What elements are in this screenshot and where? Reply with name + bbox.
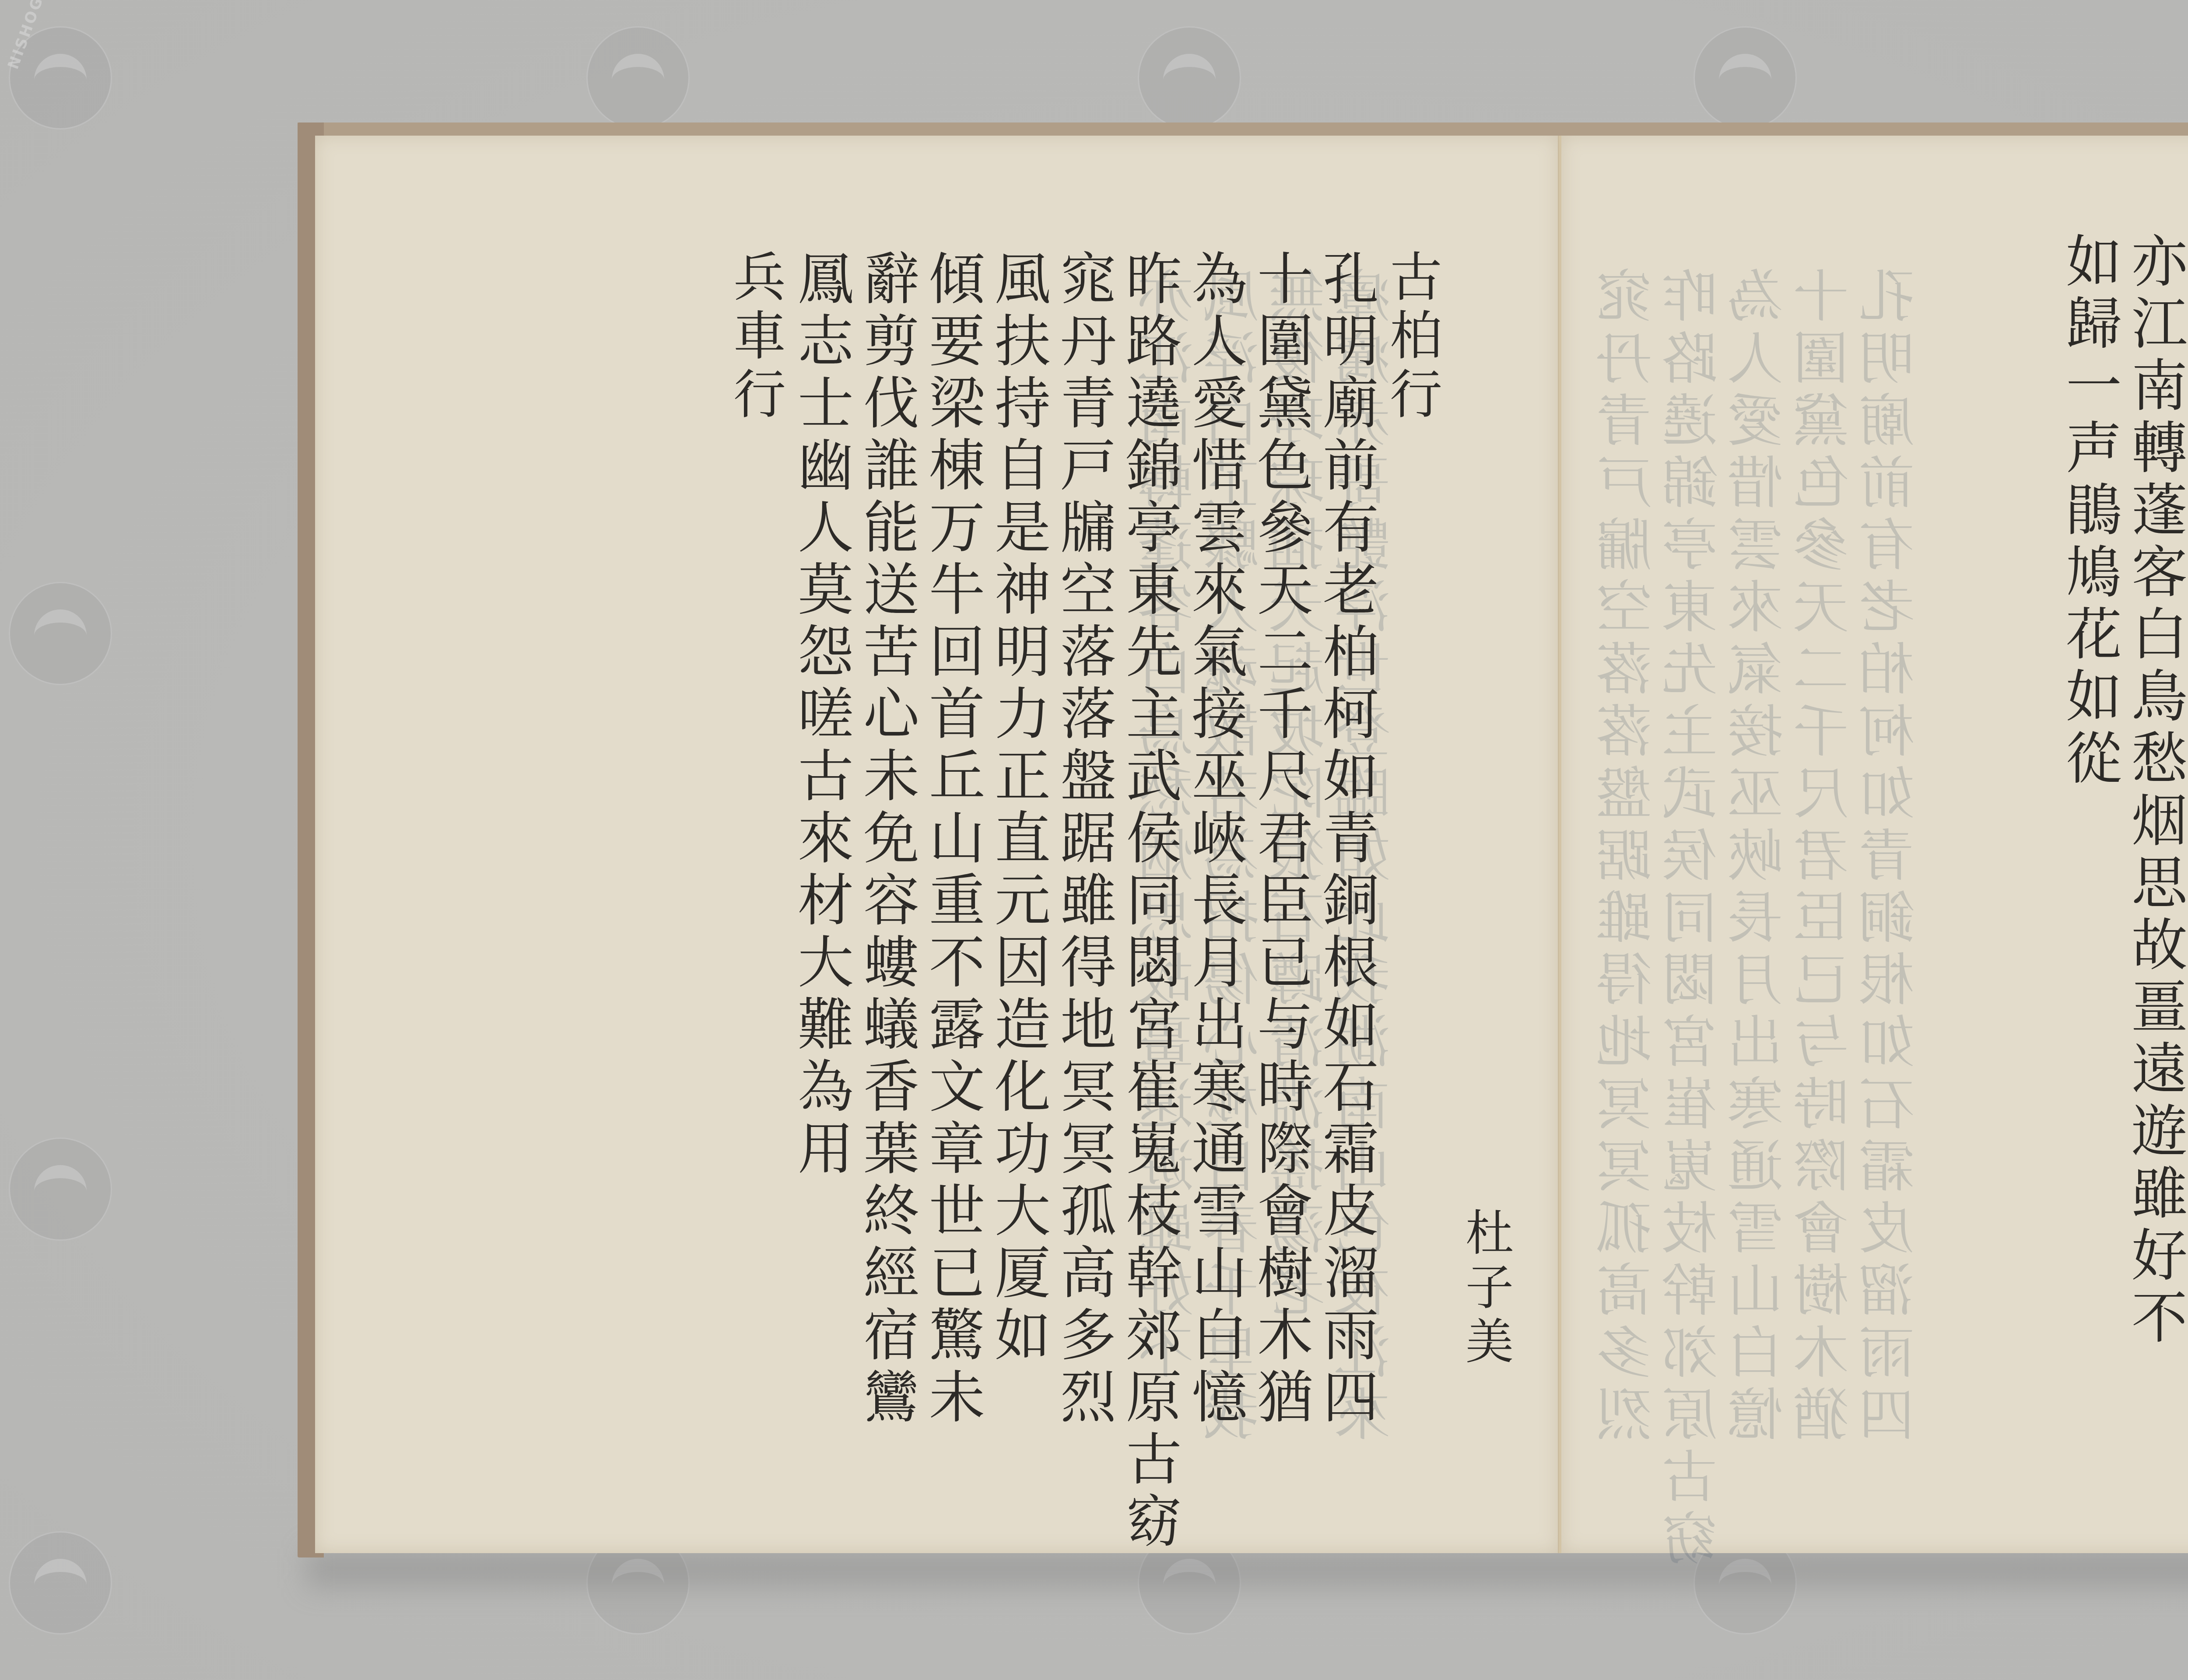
- watermark-logo-icon: [9, 1137, 112, 1241]
- text-column: 鳳志士幽人莫怨嗟古來材大難為用: [788, 249, 853, 1554]
- text-column: 十圍黛色參天二千尺君臣已与時際會樹木猶: [1247, 249, 1313, 1554]
- text-column: 為人愛惜雲來氣接巫峽長月出寒通雪山白憶: [1182, 249, 1247, 1554]
- next-poem-title: 兵車行: [722, 249, 788, 1554]
- watermark-logo-icon: [9, 582, 112, 685]
- text-column: 風扶持自是神明力正直元因造化功大厦如: [985, 249, 1050, 1554]
- watermark-logo-icon: [586, 26, 690, 129]
- text-column: 辭剪伐誰能送苦心未免容螻蟻香葉終經宿鸞: [853, 249, 919, 1554]
- watermark-logo-icon: [1138, 26, 1241, 129]
- text-column: 亦江南轉蓬客白鳥愁烟思故畺遠遊雖好不: [2121, 232, 2187, 1412]
- text-column: 窕丹青戸牖空落落盤踞雖得地冥冥孤高多烈: [1050, 249, 1116, 1554]
- text-column: 如歸一声鵑鳩花如從: [2056, 232, 2121, 1412]
- text-column: 傾要梁棟万牛回首丘山重不露文章世已驚未: [919, 249, 985, 1554]
- left-page-text: 古柏行 孔明廟前有老柏柯如青銅根如石霜皮溜雨四 十圍黛色參天二千尺君臣已与時際會…: [722, 249, 1444, 1554]
- text-column: 昨路遶錦亭東先主武侯同閟宮崔嵬枝幹郊原古窈: [1116, 249, 1182, 1554]
- open-book: 瘴癘赤哥艶浮世登臨如此我湖南山色夜江來 無復琤琮插天起坡陀狼石蹲清淵搖蕩老 風浮…: [298, 122, 2188, 1566]
- left-page: 瘴癘赤哥艶浮世登臨如此我湖南山色夜江來 無復琤琮插天起坡陀狼石蹲清淵搖蕩老 風浮…: [315, 136, 1559, 1553]
- right-page: 孔明廟前有老柏柯如青銅根如石霜皮溜雨四 十圍黛色參天二千尺君臣已与時際會樹木猶 …: [1559, 136, 2188, 1553]
- right-page-text: 瘴癘赤哥艶浮世登臨如此我湖南山色夜江來 無復琤琮插天起坡陀狼石蹲清淵搖蕩老 風浮…: [2056, 232, 2188, 1412]
- poem-title: 古柏行: [1378, 249, 1444, 1554]
- watermark-logo-icon: [1694, 26, 1797, 129]
- bleed-through-text: 孔明廟前有老柏柯如青銅根如石霜皮溜雨四 十圍黛色參天二千尺君臣已与時際會樹木猶 …: [1596, 267, 1925, 1571]
- watermark-logo-icon: [9, 1531, 112, 1634]
- poem-author: 杜子美: [1453, 1207, 1518, 1370]
- text-column: 孔明廟前有老柏柯如青銅根如石霜皮溜雨四: [1313, 249, 1378, 1554]
